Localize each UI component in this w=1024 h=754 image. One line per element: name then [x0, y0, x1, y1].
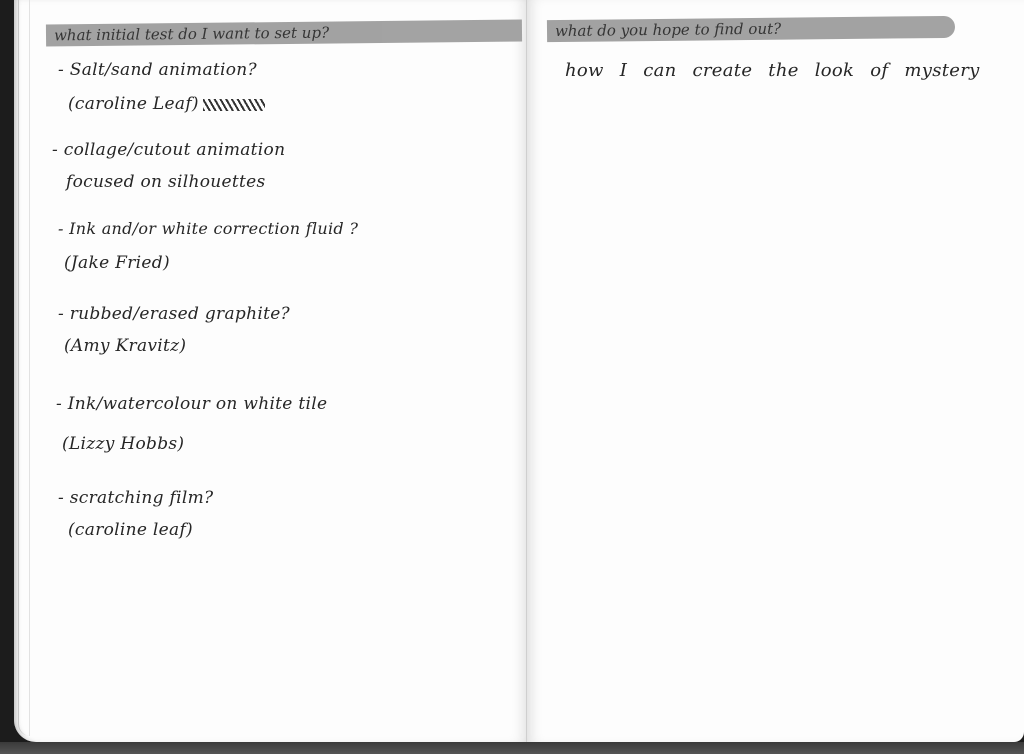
list-item-6-line2: (caroline leaf) — [68, 520, 193, 540]
right-page-answer: how I can create the look of mystery — [565, 60, 980, 81]
list-item-3-line2: (Jake Fried) — [64, 253, 170, 273]
list-item-1-line1: - Salt/sand animation? — [58, 60, 257, 80]
left-page-heading: what initial test do I want to set up? — [46, 20, 522, 47]
list-item-5-line1: - Ink/watercolour on white tile — [56, 394, 327, 414]
right-page: what do you hope to find out? how I can … — [527, 0, 1024, 742]
notebook-cover-edge — [0, 742, 1024, 754]
list-item-6-line1: - scratching film? — [58, 488, 213, 508]
list-item-1-line2: (caroline Leaf) — [68, 94, 265, 114]
right-page-heading: what do you hope to find out? — [547, 16, 955, 42]
list-item-2-line2: focused on silhouettes — [66, 172, 266, 192]
left-page: what initial test do I want to set up? -… — [14, 0, 527, 742]
list-item-1-artist: (caroline Leaf) — [68, 94, 199, 114]
list-item-5-line2: (Lizzy Hobbs) — [62, 434, 184, 454]
list-item-4-line2: (Amy Kravitz) — [64, 336, 186, 356]
scribbled-out-mark — [203, 99, 265, 111]
list-item-4-line1: - rubbed/erased graphite? — [58, 304, 290, 324]
notebook-spread: what initial test do I want to set up? -… — [0, 0, 1024, 754]
list-item-2-line1: - collage/cutout animation — [52, 140, 285, 160]
list-item-3-line1: - Ink and/or white correction fluid ? — [58, 219, 358, 238]
